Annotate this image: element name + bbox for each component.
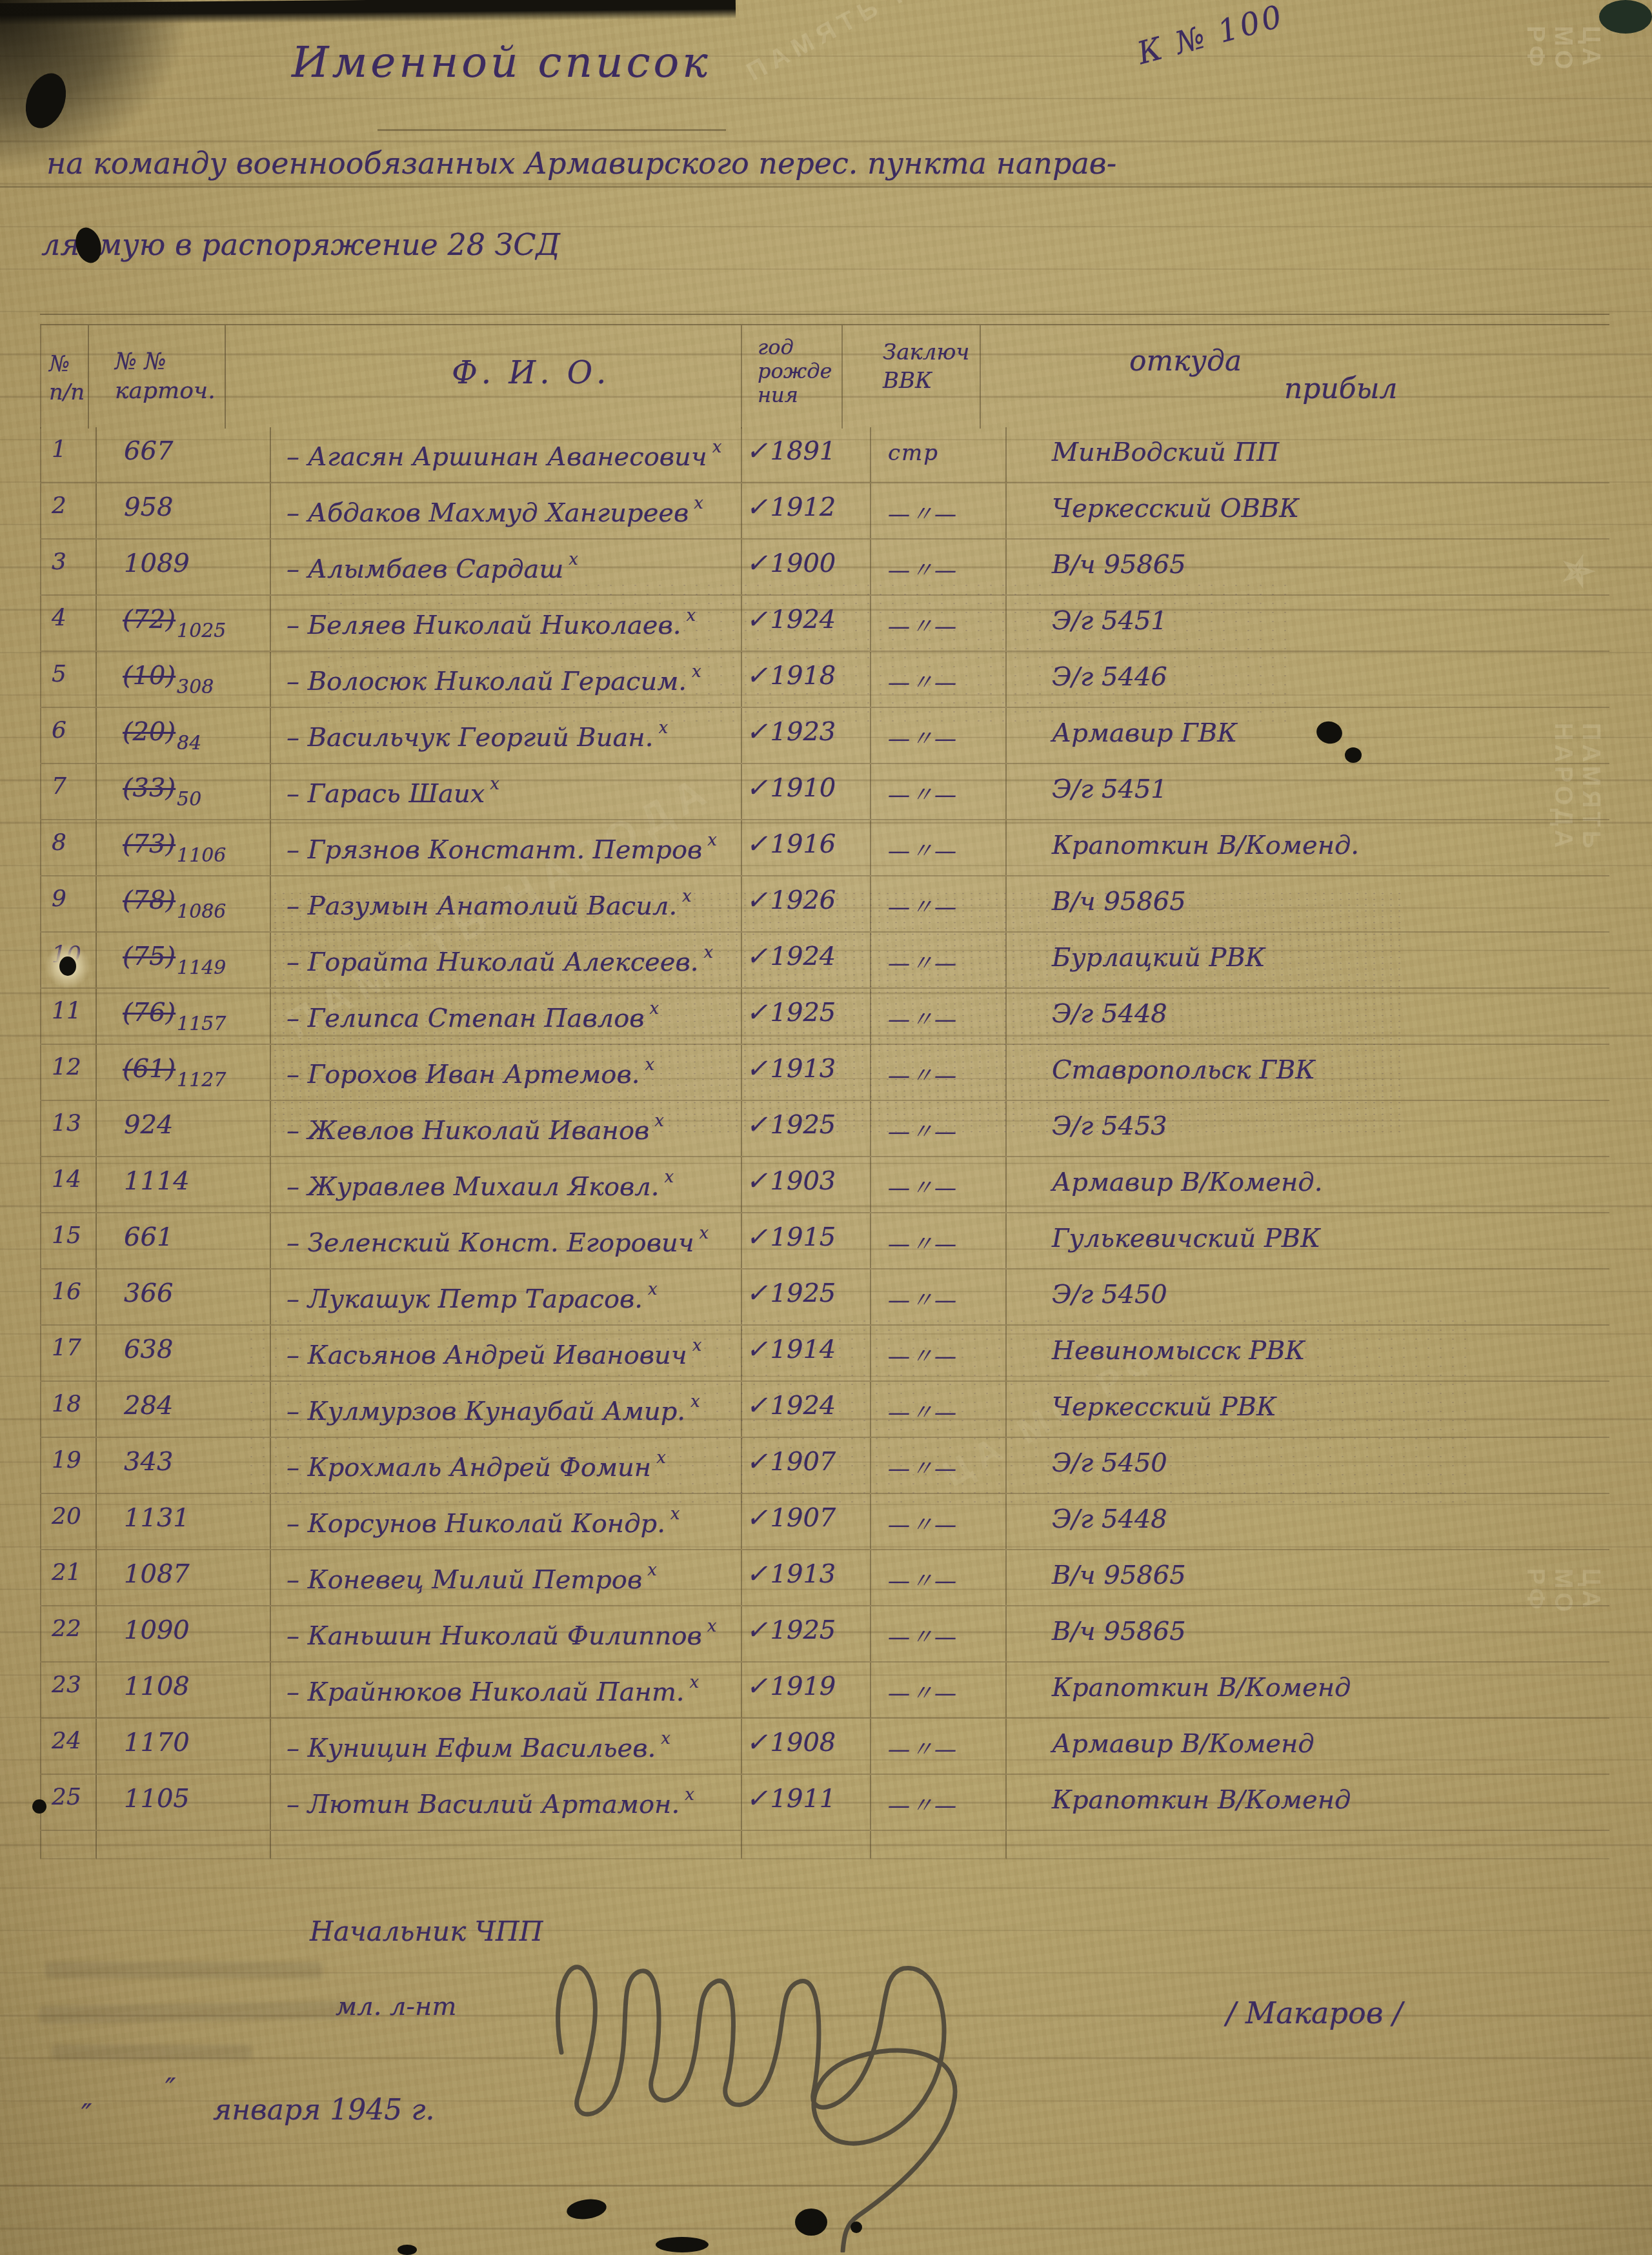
card-number: 1090 <box>97 1606 271 1661</box>
person-name: – Грязнов Констант. Петровх <box>271 820 742 875</box>
signature-scrawl <box>542 1859 1084 2252</box>
row-number: 1 <box>40 427 97 482</box>
check-mark: ✓ <box>746 773 768 803</box>
origin: МинВодский ПП <box>1007 427 1609 482</box>
birth-year: ✓1915 <box>742 1213 871 1268</box>
vvk-conclusion: —〃— <box>871 764 1007 819</box>
birth-year-text: 1919 <box>771 1672 836 1701</box>
row-number: 22 <box>40 1606 97 1661</box>
check-x-mark: х <box>569 550 578 569</box>
row-number: 16 <box>40 1269 97 1324</box>
header-row-number: № п/п <box>40 325 89 429</box>
vvk-conclusion: —〃— <box>871 1663 1007 1717</box>
person-name: – Зеленский Конст. Егоровичх <box>271 1213 742 1268</box>
card-number-new: 1127 <box>177 1069 226 1091</box>
row-number: 18 <box>40 1382 97 1437</box>
origin: В/ч 95865 <box>1007 1606 1609 1661</box>
person-name: – Гарась Шаихх <box>271 764 742 819</box>
check-x-mark: х <box>685 1785 694 1805</box>
row-number: 21 <box>40 1550 97 1605</box>
check-mark: ✓ <box>746 1559 768 1589</box>
origin: В/ч 95865 <box>1007 1550 1609 1605</box>
header-birth-year: год рожде ния <box>742 325 843 429</box>
person-name-text: – Гарась Шаих <box>287 779 485 809</box>
person-name: – Абдаков Махмуд Хангиреевх <box>271 483 742 538</box>
person-name-text: – Коневец Милий Петров <box>287 1565 642 1595</box>
bottom-edge-mark <box>656 2237 709 2252</box>
origin: Крапоткин В/Коменд <box>1007 1663 1609 1717</box>
check-x-mark: х <box>712 438 722 457</box>
row-number: 14 <box>40 1157 97 1212</box>
check-mark: ✓ <box>746 1222 768 1252</box>
card-number-new: 1149 <box>177 956 226 979</box>
card-number-new: 667 <box>124 436 173 466</box>
card-number-new: 958 <box>124 492 173 522</box>
card-number-old: (76) <box>123 998 176 1027</box>
check-x-mark: х <box>665 1168 674 1187</box>
empty-cell <box>742 1831 871 1859</box>
row-number: 9 <box>40 876 97 931</box>
bottom-edge-mark <box>795 2209 827 2236</box>
paper-hole <box>32 1799 46 1814</box>
card-number: (33)50 <box>97 764 271 819</box>
signatory-position: Начальник ЧПП <box>310 1916 543 1947</box>
row-number: 17 <box>40 1326 97 1380</box>
table-row: 23 1108 – Крайнюков Николай Пант.х ✓1919… <box>40 1663 1609 1719</box>
check-mark: ✓ <box>746 492 768 522</box>
card-number-new: 1089 <box>124 549 190 578</box>
ink-blot <box>1345 747 1362 763</box>
check-mark: ✓ <box>746 1615 768 1645</box>
card-number: (20)84 <box>97 708 271 763</box>
header-card-number: № № карточ. <box>97 325 226 429</box>
check-x-mark: х <box>700 1224 709 1243</box>
person-name-text: – Лукашук Петр Тарасов. <box>287 1284 643 1314</box>
card-number-new: 1105 <box>124 1784 190 1814</box>
vvk-conclusion: —〃— <box>871 1213 1007 1268</box>
table-row: 15 661 – Зеленский Конст. Егоровичх ✓191… <box>40 1213 1609 1269</box>
check-x-mark: х <box>690 1673 700 1692</box>
card-number-new: 924 <box>124 1110 173 1140</box>
card-number-old: (75) <box>123 942 176 971</box>
row-number: 24 <box>40 1719 97 1774</box>
erased-text-smudge <box>45 1962 323 1979</box>
bottom-edge-mark <box>398 2245 417 2255</box>
person-name-text: – Грязнов Констант. Петров <box>287 835 702 865</box>
check-x-mark: х <box>490 774 499 794</box>
person-name: – Коневец Милий Петровх <box>271 1550 742 1605</box>
empty-cell <box>1007 1831 1609 1859</box>
card-number: 924 <box>97 1101 271 1156</box>
table-row: 14 1114 – Журавлев Михаил Яковл.х ✓1903 … <box>40 1157 1609 1213</box>
card-number: 1087 <box>97 1550 271 1605</box>
subtitle-line-2: ляемую в распоряжение 28 ЗСД <box>41 227 560 262</box>
check-x-mark: х <box>661 1729 670 1748</box>
table-row: 8 (73)1106 – Грязнов Констант. Петровх ✓… <box>40 820 1609 876</box>
row-number: 7 <box>40 764 97 819</box>
birth-year: ✓1891 <box>742 427 871 482</box>
edge-stain <box>1599 0 1652 34</box>
vvk-conclusion: —〃— <box>871 483 1007 538</box>
table-header: № п/п № № карточ. Ф. И. О. год рожде ния… <box>40 324 1609 429</box>
card-number-new: 284 <box>124 1391 173 1421</box>
origin: Крапоткин В/Коменд <box>1007 1775 1609 1830</box>
person-name: – Каньшин Николай Филипповх <box>271 1606 742 1661</box>
person-name-text: – Алымбаев Сардаш <box>287 554 563 584</box>
person-name-text: – Абдаков Махмуд Хангиреев <box>287 498 689 528</box>
card-number: 661 <box>97 1213 271 1268</box>
person-name-text: – Корсунов Николай Кондр. <box>287 1509 665 1539</box>
ink-speckles <box>323 581 1291 723</box>
card-number-new: 1114 <box>124 1166 190 1196</box>
card-number: (72)1025 <box>97 596 271 651</box>
origin: Гулькевичский РВК <box>1007 1213 1609 1268</box>
check-x-mark: х <box>707 1617 717 1636</box>
card-number-old: (72) <box>123 605 176 634</box>
birth-year: ✓1903 <box>742 1157 871 1212</box>
card-number-new: 343 <box>124 1447 173 1477</box>
person-name-text: – Каньшин Николай Филиппов <box>287 1621 702 1651</box>
table-row: 7 (33)50 – Гарась Шаихх ✓1910 —〃— Э/г 54… <box>40 764 1609 820</box>
card-number: (75)1149 <box>97 933 271 987</box>
paper-crease <box>0 186 1652 188</box>
check-x-mark: х <box>707 831 717 850</box>
bottom-edge-mark <box>851 2221 862 2233</box>
row-number: 8 <box>40 820 97 875</box>
card-number-new: 1106 <box>177 844 226 867</box>
check-x-mark: х <box>694 494 703 513</box>
table-row: 24 1170 – Куницин Ефим Васильев.х ✓1908 … <box>40 1719 1609 1775</box>
row-number: 23 <box>40 1663 97 1717</box>
person-name-text: – Васильчук Георгий Виан. <box>287 723 653 753</box>
dark-corner-stain <box>0 0 194 174</box>
vvk-conclusion: —〃— <box>871 1719 1007 1774</box>
birth-year-text: 1915 <box>771 1222 836 1252</box>
date-quote-mark: ″ <box>165 2073 176 2106</box>
vvk-conclusion: —〃— <box>871 1775 1007 1830</box>
row-number: 15 <box>40 1213 97 1268</box>
row-number: 6 <box>40 708 97 763</box>
card-number-old: (33) <box>123 773 176 803</box>
card-number: (10)308 <box>97 652 271 707</box>
card-number-new: 366 <box>124 1279 173 1308</box>
vvk-conclusion: —〃— <box>871 820 1007 875</box>
birth-year: ✓1912 <box>742 483 871 538</box>
check-mark: ✓ <box>746 1672 768 1701</box>
birth-year: ✓1908 <box>742 1719 871 1774</box>
birth-year: ✓1911 <box>742 1775 871 1830</box>
card-number-new: 638 <box>124 1335 173 1364</box>
check-mark: ✓ <box>746 549 768 578</box>
origin: Крапоткин В/Коменд. <box>1007 820 1609 875</box>
table-row: 2 958 – Абдаков Махмуд Хангиреевх ✓1912 … <box>40 483 1609 540</box>
card-number-old: (10) <box>123 661 176 691</box>
card-number: (78)1086 <box>97 876 271 931</box>
row-number: 4 <box>40 596 97 651</box>
card-number-new: 308 <box>177 676 214 698</box>
paper-hole <box>59 956 76 976</box>
birth-year: ✓1925 <box>742 1606 871 1661</box>
card-number: (73)1106 <box>97 820 271 875</box>
birth-year-text: 1913 <box>771 1559 836 1589</box>
card-number: 1089 <box>97 540 271 594</box>
row-number: 12 <box>40 1045 97 1100</box>
birth-year-text: 1911 <box>771 1784 836 1814</box>
person-name-text: – Лютин Василий Артамон. <box>287 1790 680 1819</box>
header-origin: откуда прибыл <box>1007 325 1609 429</box>
card-number-new: 1025 <box>177 620 226 642</box>
check-x-mark: х <box>648 1280 658 1299</box>
table-empty-tail <box>40 1831 1609 1859</box>
table-row: 1 667 – Агасян Аршинан Аванесовичх ✓1891… <box>40 427 1609 483</box>
birth-year-text: 1891 <box>771 436 836 466</box>
person-name-text: – Журавлев Михаил Яковл. <box>287 1172 660 1202</box>
check-mark: ✓ <box>746 1166 768 1196</box>
origin: Черкесский ОВВК <box>1007 483 1609 538</box>
person-name: – Куницин Ефим Васильев.х <box>271 1719 742 1774</box>
row-number: 13 <box>40 1101 97 1156</box>
card-number-old: (73) <box>123 829 176 859</box>
erased-text-smudge <box>52 2045 252 2060</box>
person-name: – Журавлев Михаил Яковл.х <box>271 1157 742 1212</box>
card-number-new: 1087 <box>124 1559 190 1589</box>
card-number-new: 1090 <box>124 1615 190 1645</box>
row-number: 19 <box>40 1438 97 1493</box>
check-mark: ✓ <box>746 436 768 466</box>
card-number: (61)1127 <box>97 1045 271 1100</box>
header-origin-line2: прибыл <box>1284 372 1609 405</box>
birth-year: ✓1919 <box>742 1663 871 1717</box>
ink-speckles <box>245 1317 1471 1510</box>
person-name-text: – Зеленский Конст. Егорович <box>287 1228 694 1258</box>
archive-watermark-text: ЦА МО РФ <box>0 697 4 847</box>
birth-year: ✓1910 <box>742 764 871 819</box>
card-number-new: 1131 <box>124 1503 190 1533</box>
card-number-new: 1170 <box>124 1728 190 1757</box>
document-date: января 1945 г. <box>213 2094 434 2127</box>
row-number: 11 <box>40 989 97 1044</box>
table-top-line <box>40 314 1609 315</box>
row-number: 25 <box>40 1775 97 1830</box>
scanned-paper: ПАМЯТЬ НАРОДАЦА МО РФПАМЯТЬ НАРОДАЦА МО … <box>0 0 1652 2255</box>
card-number: 667 <box>97 427 271 482</box>
birth-year: ✓1913 <box>742 1550 871 1605</box>
origin: Армавир В/Коменд <box>1007 1719 1609 1774</box>
card-number-new: 50 <box>177 788 201 811</box>
row-number: 20 <box>40 1494 97 1549</box>
person-name: – Лютин Василий Артамон.х <box>271 1775 742 1830</box>
birth-year-text: 1925 <box>771 1615 836 1645</box>
table-row: 21 1087 – Коневец Милий Петровх ✓1913 —〃… <box>40 1550 1609 1606</box>
header-vvk: Заключ ВВК <box>871 325 981 429</box>
card-number: 1114 <box>97 1157 271 1212</box>
card-number-new: 1086 <box>177 900 226 923</box>
empty-cell <box>40 1831 97 1859</box>
check-mark: ✓ <box>746 829 768 859</box>
person-name-text: – Крайнюков Николай Пант. <box>287 1677 685 1707</box>
archive-watermark-text: ПАМЯТЬ НАРОДА <box>0 1717 4 1974</box>
card-number-old: (61) <box>123 1054 176 1084</box>
table-row: 25 1105 – Лютин Василий Артамон.х ✓1911 … <box>40 1775 1609 1831</box>
vvk-conclusion: —〃— <box>871 1550 1007 1605</box>
card-number-new: 1108 <box>124 1672 190 1701</box>
header-name: Ф. И. О. <box>271 325 742 429</box>
origin: Армавир В/Коменд. <box>1007 1157 1609 1212</box>
person-name-text: – Агасян Аршинан Аванесович <box>287 442 707 472</box>
birth-year-text: 1900 <box>771 549 836 578</box>
card-number-new: 661 <box>124 1222 173 1252</box>
row-number: 3 <box>40 540 97 594</box>
date-quote-mark: ″ <box>81 2099 92 2132</box>
birth-year-text: 1912 <box>771 492 836 522</box>
title-underline <box>378 129 726 131</box>
check-mark: ✓ <box>746 1728 768 1757</box>
card-number: 958 <box>97 483 271 538</box>
person-name: – Крайнюков Николай Пант.х <box>271 1663 742 1717</box>
empty-cell <box>871 1831 1007 1859</box>
card-number-old: (20) <box>123 717 176 747</box>
ink-speckles <box>271 891 1400 1136</box>
subtitle-line-1: на команду военнообязанных Армавирского … <box>46 146 1116 181</box>
card-number: (76)1157 <box>97 989 271 1044</box>
table-row: 22 1090 – Каньшин Николай Филипповх ✓192… <box>40 1606 1609 1663</box>
vvk-conclusion: стр <box>871 427 1007 482</box>
archive-watermark-text: ЦА МО РФ <box>1521 26 1604 74</box>
birth-year-text: 1903 <box>771 1166 836 1196</box>
card-number-new: 84 <box>177 732 201 754</box>
vvk-conclusion: —〃— <box>871 1157 1007 1212</box>
vvk-conclusion: —〃— <box>871 1606 1007 1661</box>
signatory-name: / Макаров / <box>1226 1996 1403 2030</box>
card-number-old: (78) <box>123 885 176 915</box>
check-mark: ✓ <box>746 1784 768 1814</box>
check-mark: ✓ <box>746 1279 768 1308</box>
empty-cell <box>97 1831 271 1859</box>
card-number: 1108 <box>97 1663 271 1717</box>
row-number: 2 <box>40 483 97 538</box>
birth-year-text: 1910 <box>771 773 836 803</box>
birth-year: ✓1916 <box>742 820 871 875</box>
page-title: Именной список <box>292 37 711 87</box>
birth-year-text: 1908 <box>771 1728 836 1757</box>
person-name: – Агасян Аршинан Аванесовичх <box>271 427 742 482</box>
birth-year-text: 1916 <box>771 829 836 859</box>
card-number: 1105 <box>97 1775 271 1830</box>
birth-year-text: 1925 <box>771 1279 836 1308</box>
empty-cell <box>271 1831 742 1859</box>
card-number: 1170 <box>97 1719 271 1774</box>
origin: Э/г 5451 <box>1007 764 1609 819</box>
card-number-new: 1157 <box>177 1013 226 1035</box>
row-number: 5 <box>40 652 97 707</box>
check-x-mark: х <box>647 1561 657 1580</box>
person-name-text: – Куницин Ефим Васильев. <box>287 1734 656 1763</box>
